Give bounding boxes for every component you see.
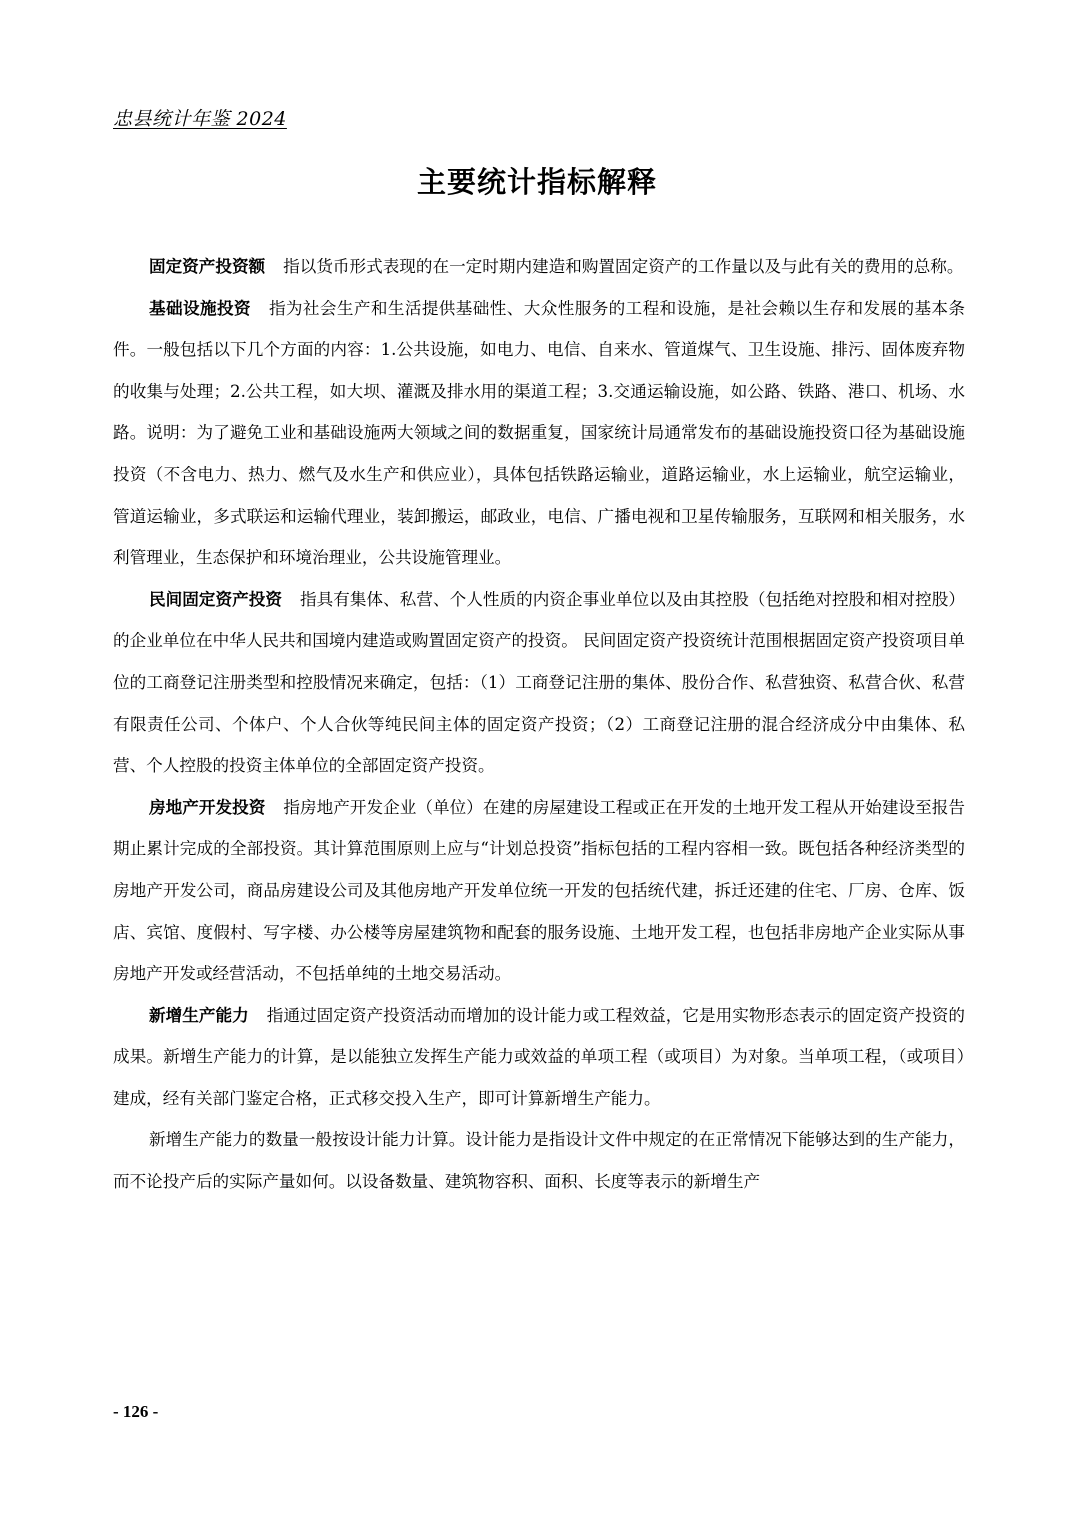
definition-private-investment: 民间固定资产投资指具有集体、私营、个人性质的内资企事业单位以及由其控股（包括绝对…: [113, 579, 965, 787]
term-label: 房地产开发投资: [149, 798, 265, 817]
page-number: - 126 -: [113, 1402, 158, 1422]
definition-text: 指为社会生产和生活提供基础性、大众性服务的工程和设施，是社会赖以生存和发展的基本…: [113, 299, 965, 568]
paragraph-text: 新增生产能力的数量一般按设计能力计算。设计能力是指设计文件中规定的在正常情况下能…: [113, 1130, 965, 1191]
term-label: 民间固定资产投资: [149, 590, 282, 609]
definition-text: 指房地产开发企业（单位）在建的房屋建设工程或正在开发的土地开发工程从开始建设至报…: [113, 798, 965, 983]
term-label: 基础设施投资: [149, 299, 251, 318]
definition-new-production-capacity: 新增生产能力指通过固定资产投资活动而增加的设计能力或工程效益，它是用实物形态表示…: [113, 995, 965, 1120]
term-label: 新增生产能力: [149, 1006, 249, 1025]
paragraph-capacity-calculation: 新增生产能力的数量一般按设计能力计算。设计能力是指设计文件中规定的在正常情况下能…: [113, 1119, 965, 1202]
definition-text: 指具有集体、私营、个人性质的内资企事业单位以及由其控股（包括绝对控股和相对控股）…: [113, 590, 965, 775]
definition-infrastructure-investment: 基础设施投资指为社会生产和生活提供基础性、大众性服务的工程和设施，是社会赖以生存…: [113, 288, 965, 579]
term-label: 固定资产投资额: [149, 257, 265, 276]
page-title: 主要统计指标解释: [0, 160, 1074, 201]
running-header: 忠县统计年鉴 2024: [113, 104, 287, 131]
definition-fixed-asset-investment: 固定资产投资额指以货币形式表现的在一定时期内建造和购置固定资产的工作量以及与此有…: [113, 246, 965, 288]
definition-real-estate-investment: 房地产开发投资指房地产开发企业（单位）在建的房屋建设工程或正在开发的土地开发工程…: [113, 787, 965, 995]
document-body: 固定资产投资额指以货币形式表现的在一定时期内建造和购置固定资产的工作量以及与此有…: [113, 246, 965, 1203]
definition-text: 指以货币形式表现的在一定时期内建造和购置固定资产的工作量以及与此有关的费用的总称…: [283, 257, 963, 276]
